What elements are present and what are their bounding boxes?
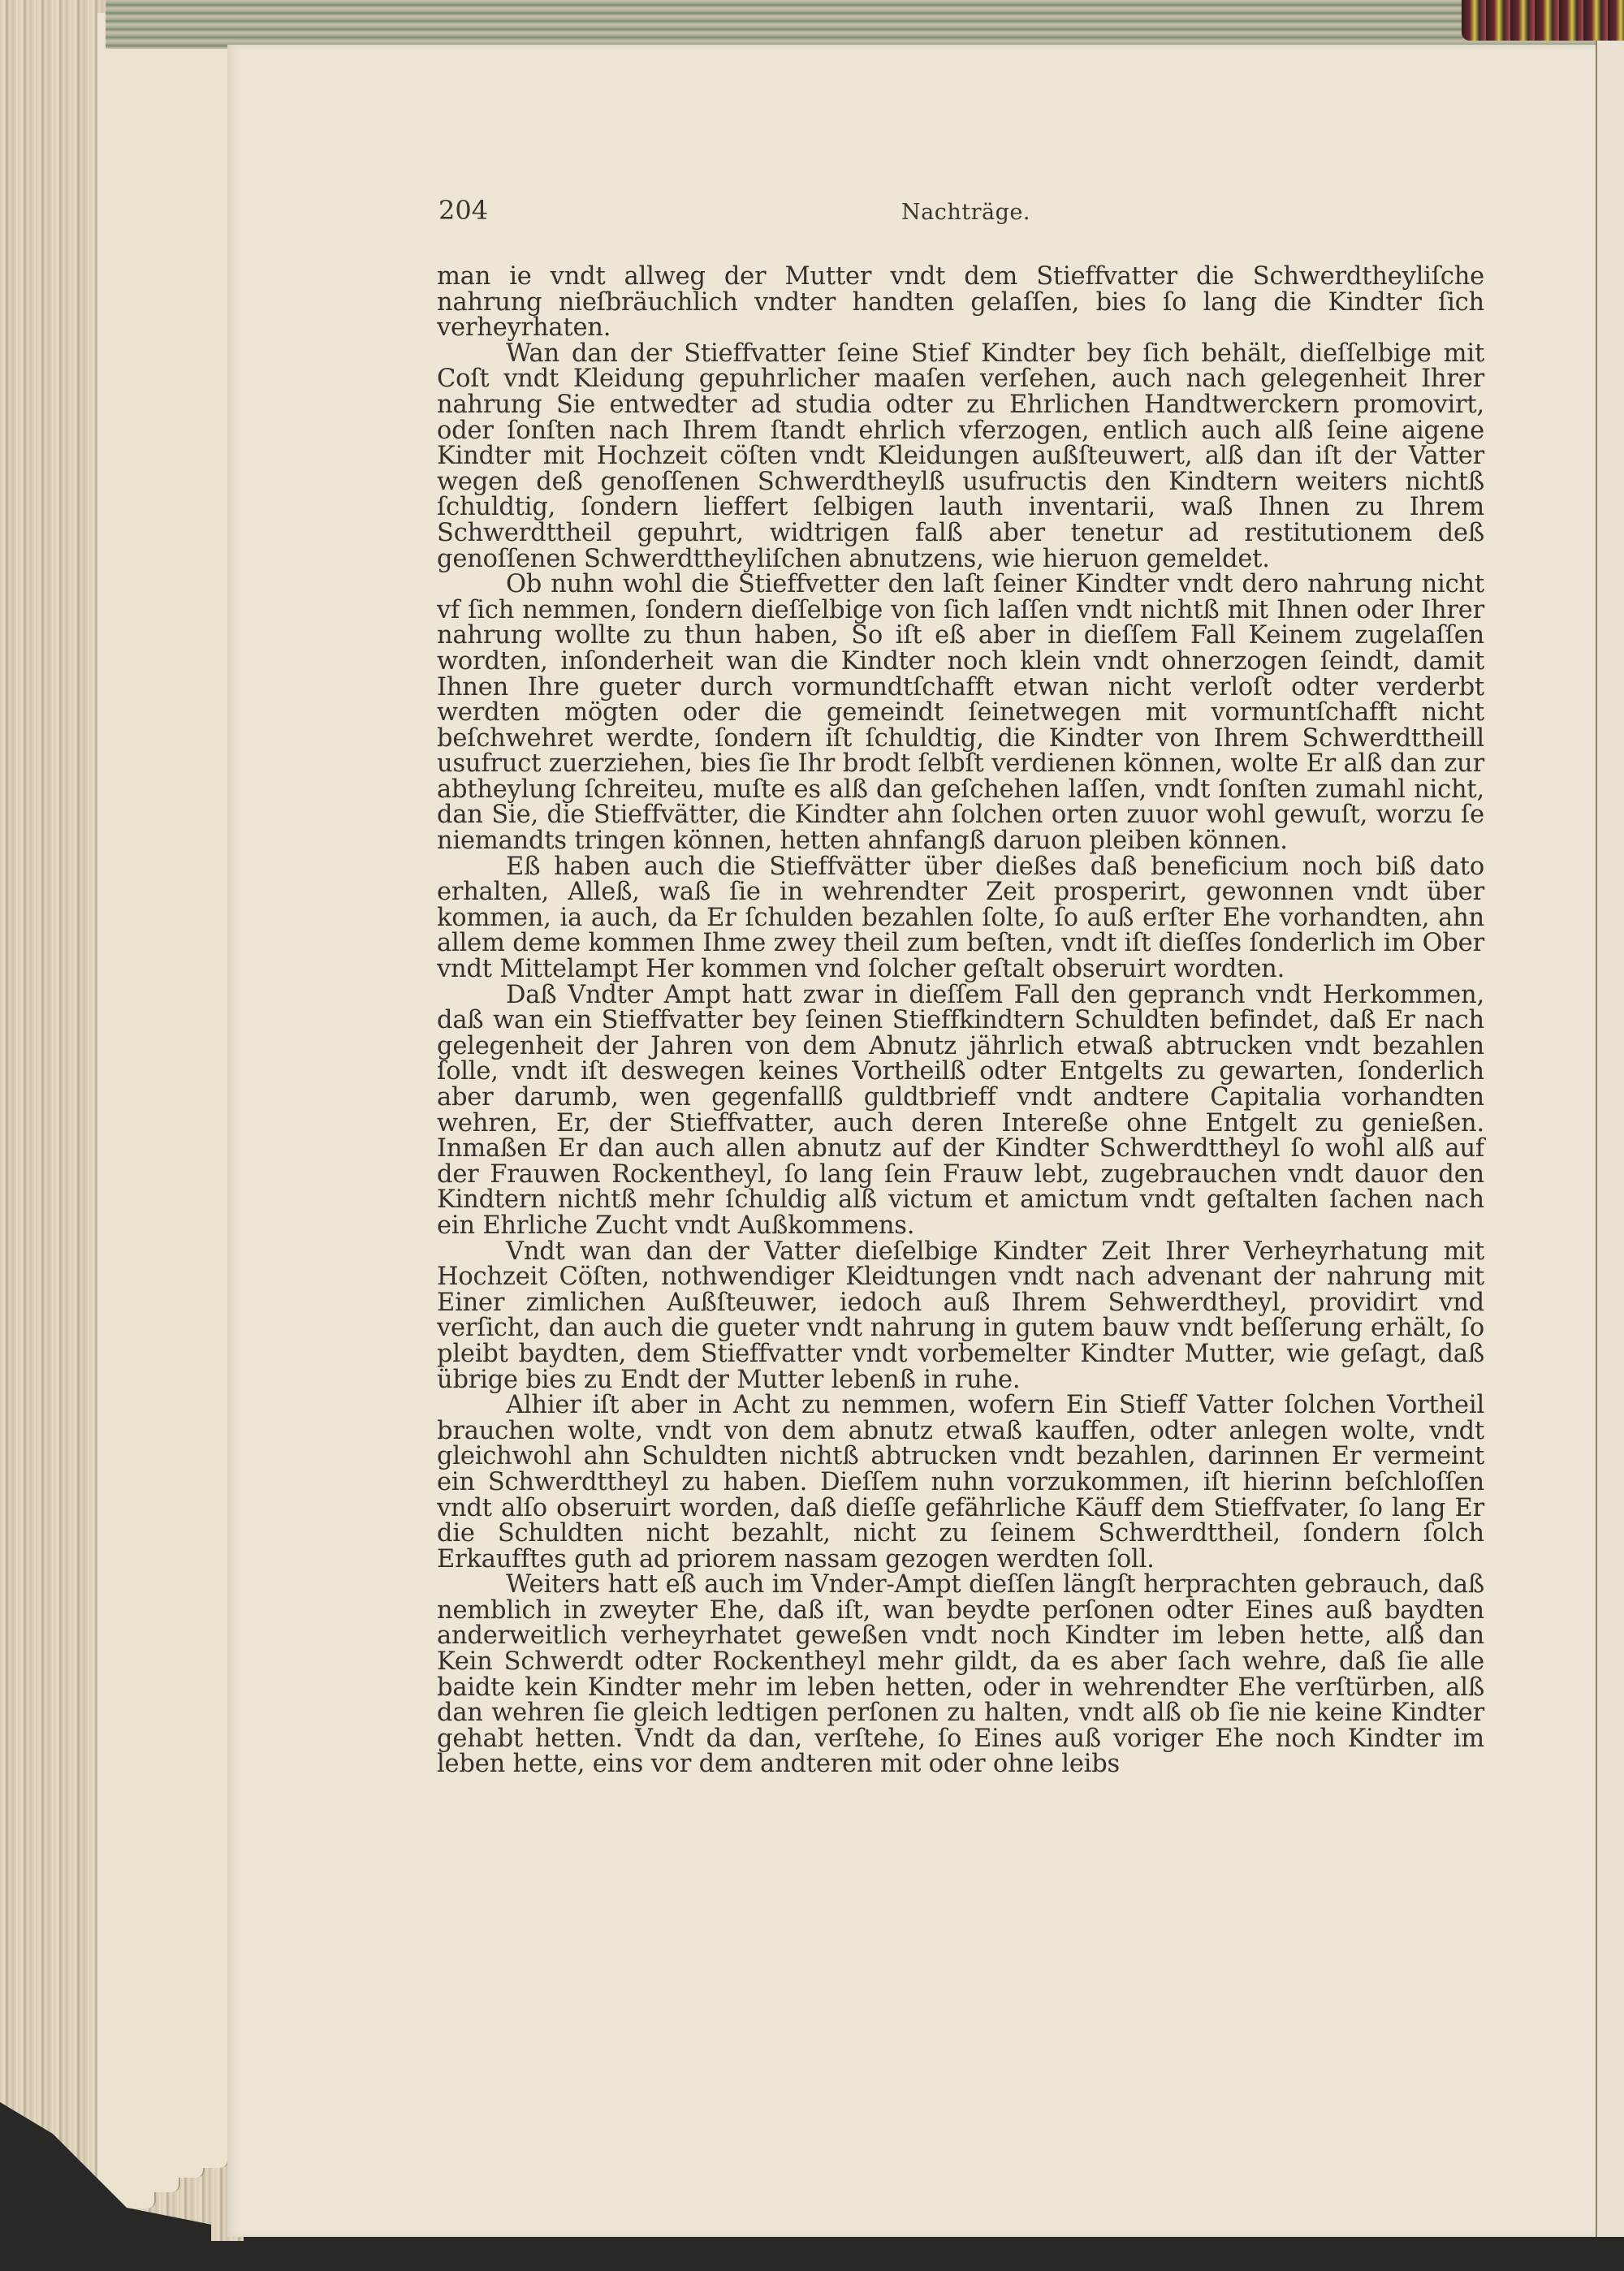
body-text: man ie vndt allweg der Mutter vndt dem S… — [437, 264, 1484, 1777]
page-edge — [97, 13, 132, 2241]
bookmark-ribbon — [1462, 0, 1624, 41]
paragraph: Vndt wan dan der Vatter dieſelbige Kindt… — [437, 1239, 1484, 1393]
top-page-edges — [106, 0, 1624, 49]
page-edge — [130, 23, 156, 2208]
book-page: 204 Nachträge. man ie vndt allweg der Mu… — [227, 45, 1600, 2237]
page-header: 204 Nachträge. — [438, 195, 1486, 235]
paragraph: Alhier iſt aber in Acht zu nemmen, wofer… — [437, 1392, 1484, 1572]
paragraph: Ob nuhn wohl die Stieffvetter den laſt ſ… — [437, 572, 1484, 854]
page-stack-edges — [0, 0, 244, 2241]
paragraph: Eß haben auch die Stieffvätter über dieß… — [437, 854, 1484, 982]
paragraph: Wan dan der Stieffvatter ſeine Stief Kin… — [437, 341, 1484, 572]
page-edge — [179, 37, 205, 2178]
paragraph: man ie vndt allweg der Mutter vndt dem S… — [437, 264, 1484, 341]
page-number: 204 — [438, 195, 488, 226]
paragraph: Weiters hatt eß auch im Vnder-Ampt dieſſ… — [437, 1572, 1484, 1777]
paragraph: Daß Vndter Ampt hatt zwar in dieſſem Fal… — [437, 982, 1484, 1239]
page-edge — [154, 31, 180, 2192]
facing-page-edge — [1596, 41, 1624, 2237]
running-title: Nachträge. — [901, 200, 1030, 225]
page-edge — [203, 42, 229, 2168]
